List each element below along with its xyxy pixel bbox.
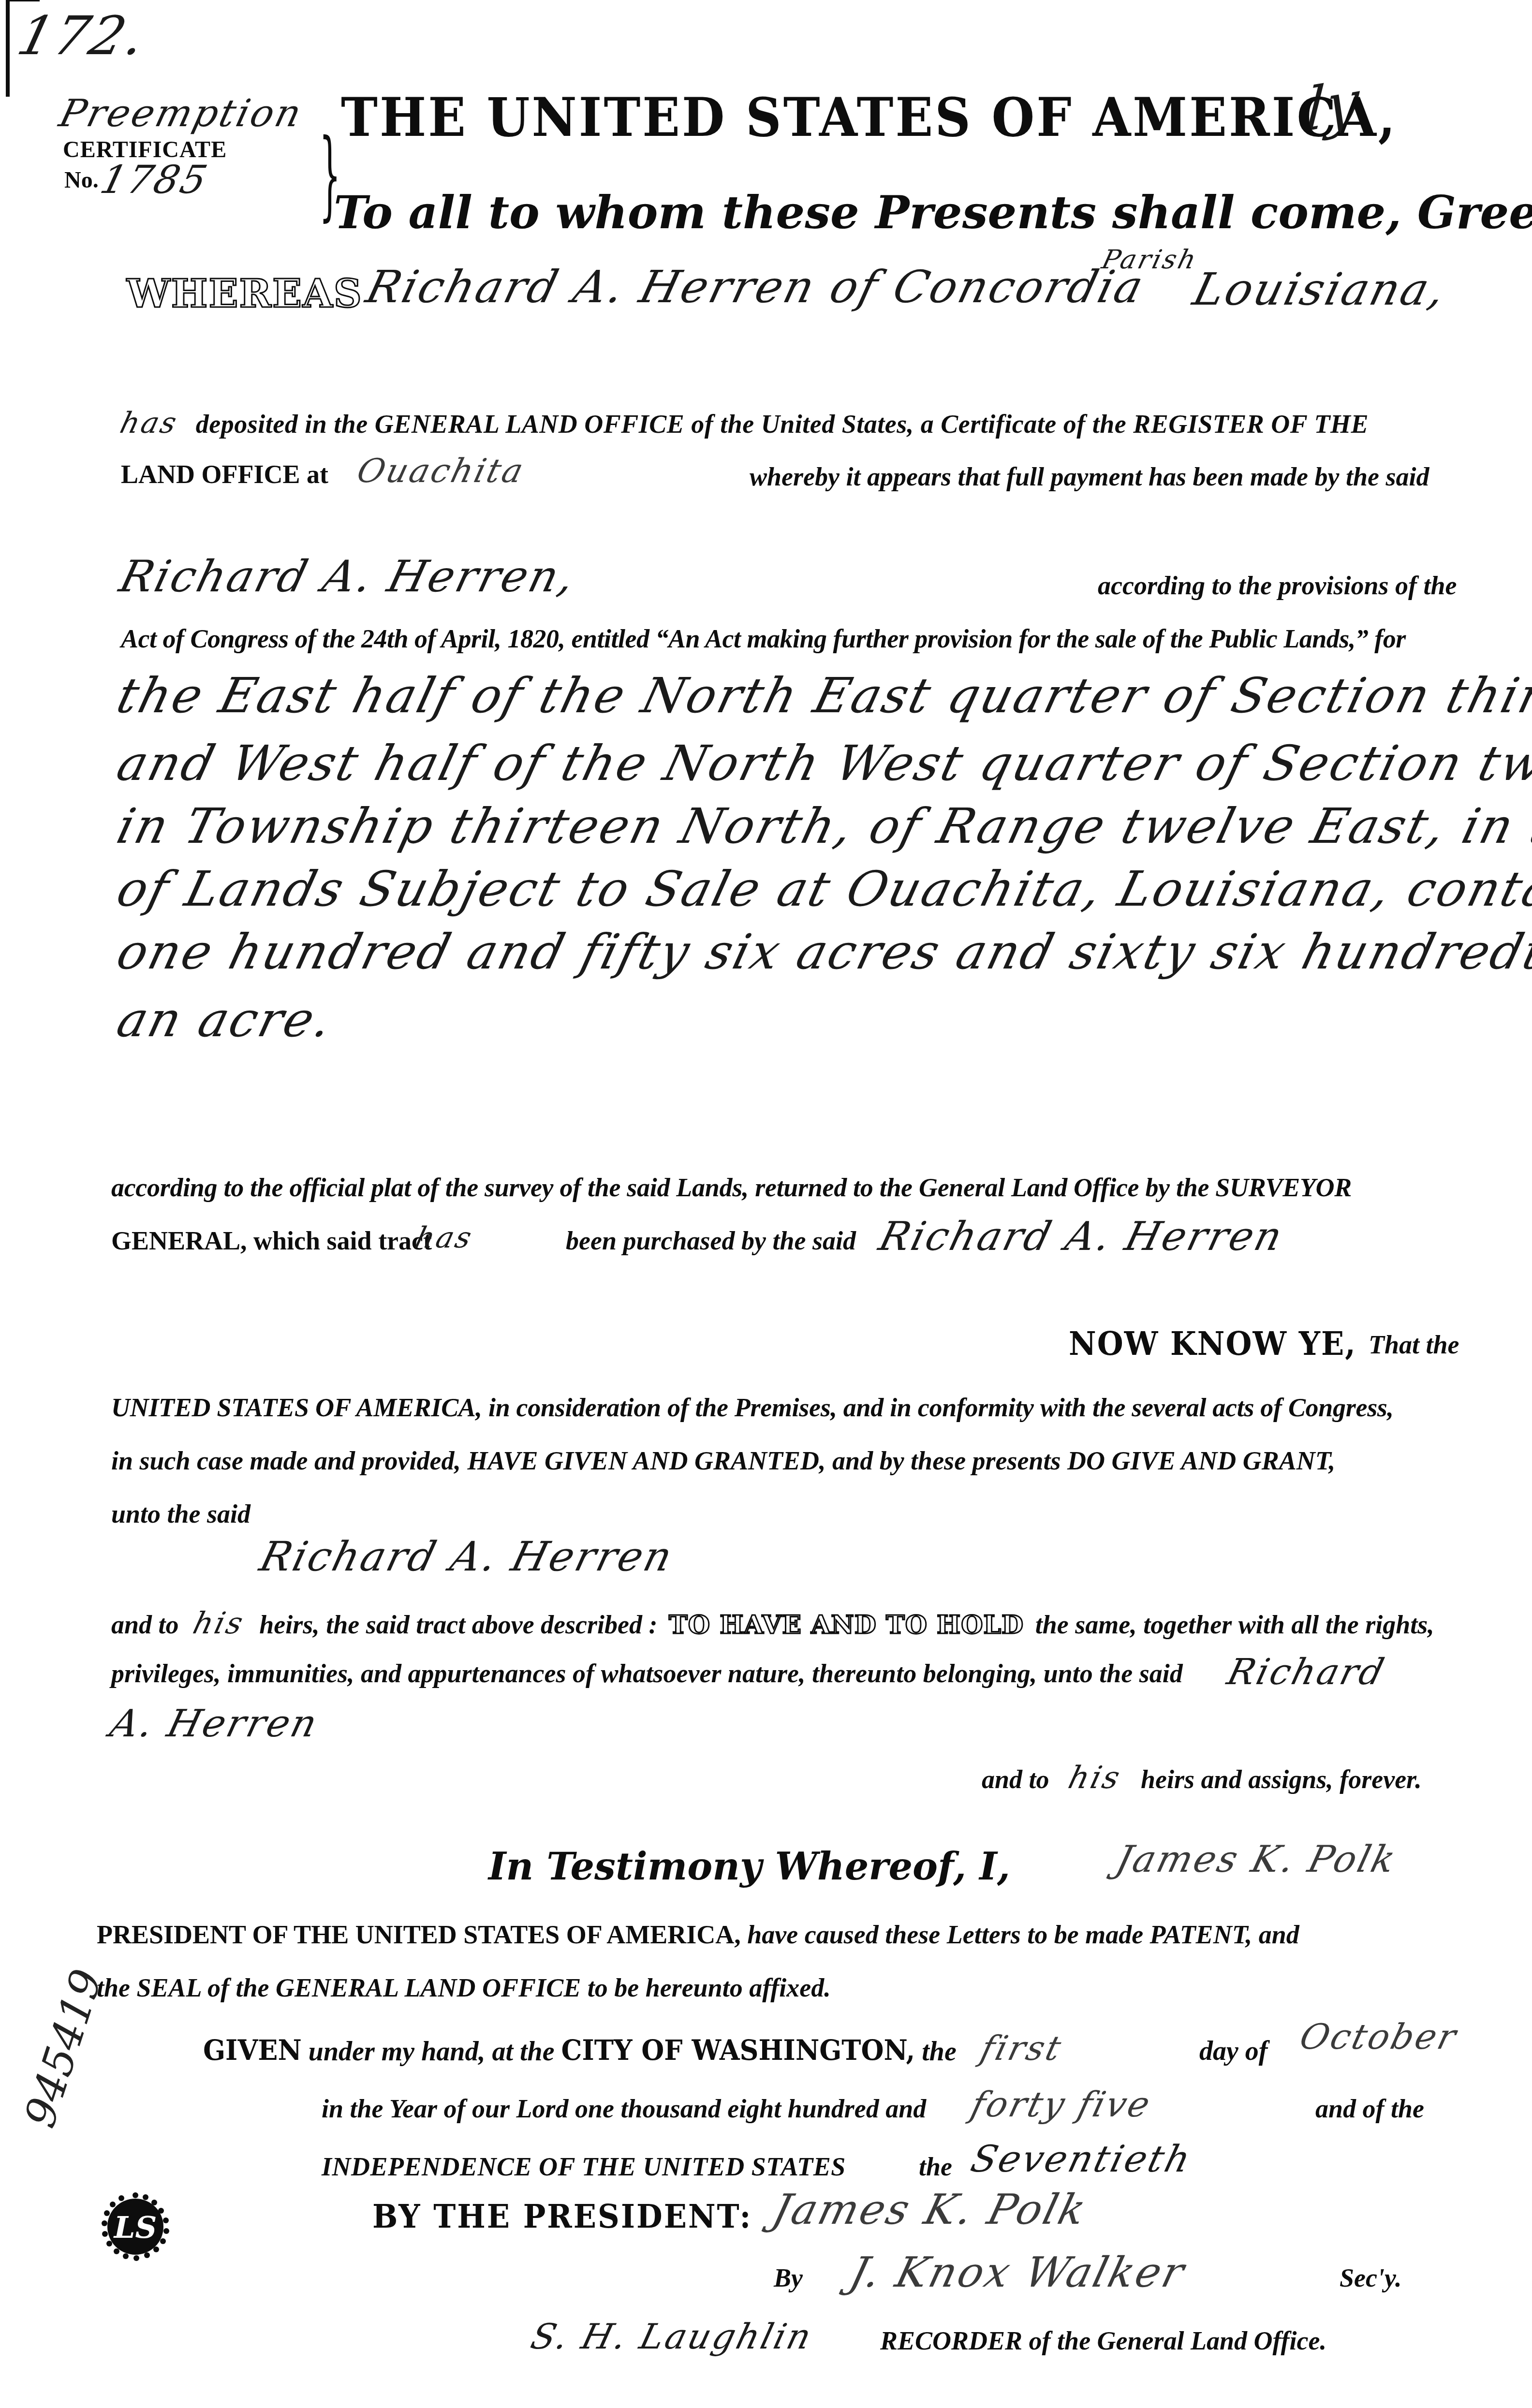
grant-line-3: in such case made and provided, HAVE GIV… bbox=[111, 1446, 1335, 1476]
land-description-line-6: an acre. bbox=[111, 991, 339, 1048]
grant-grantee: Richard A. Herren bbox=[255, 1533, 679, 1580]
certificate-number-prefix: No. bbox=[64, 167, 99, 193]
para2-line2-mid: been purchased by the said bbox=[566, 1226, 856, 1256]
whereas-label: WHEREAS bbox=[127, 271, 363, 316]
recorder-title-rest: of the General Land Office. bbox=[1029, 2326, 1326, 2355]
final-heirs-suffix: heirs and assigns, forever. bbox=[1141, 1765, 1422, 1794]
heirs-line: and to his heirs, the said tract above d… bbox=[111, 1605, 1434, 1641]
para1-has: has bbox=[117, 406, 182, 440]
document-title: THE UNITED STATES OF AMERICA, bbox=[341, 86, 1397, 149]
to-have-and-to-hold: TO HAVE AND TO HOLD bbox=[669, 1610, 1024, 1640]
city-of-washington: CITY OF WASHINGTON, bbox=[561, 2033, 915, 2067]
seal-monogram: LS bbox=[113, 2210, 157, 2245]
whereas-state: Louisiana, bbox=[1188, 264, 1453, 315]
now-know-ye-suffix: That the bbox=[1369, 1330, 1459, 1360]
secretary-signature: J. Knox Walker bbox=[845, 2248, 1191, 2297]
by-the-president: BY THE PRESIDENT: bbox=[372, 2197, 752, 2235]
land-description-line-3: in Township thirteen North, of Range twe… bbox=[111, 798, 1532, 854]
given-d: the bbox=[922, 2037, 957, 2067]
page-number: 172. bbox=[12, 5, 153, 67]
grant-line-6: privileges, immunities, and appurtenance… bbox=[111, 1659, 1183, 1689]
year-written: forty five bbox=[967, 2084, 1156, 2125]
heirs-mid: heirs, the said tract above described : bbox=[259, 1610, 657, 1639]
para1-line1: has deposited in the GENERAL LAND OFFICE… bbox=[121, 406, 1369, 440]
para2-grantee: Richard A. Herren bbox=[874, 1214, 1288, 1260]
testimony-line-3: the SEAL of the GENERAL LAND OFFICE to b… bbox=[97, 1973, 831, 2003]
heirs-prefix: and to bbox=[111, 1610, 179, 1639]
final-heirs-pronoun: his bbox=[1065, 1760, 1125, 1796]
para2-line2-prefix: GENERAL, which said tract bbox=[111, 1226, 432, 1256]
testimony-line-2: PRESIDENT OF THE UNITED STATES OF AMERIC… bbox=[97, 1920, 1299, 1950]
grant-line-6-name: Richard bbox=[1223, 1651, 1390, 1693]
land-office-name: Ouachita bbox=[353, 452, 529, 490]
margin-bracket bbox=[6, 0, 10, 97]
grant-line-2: UNITED STATES OF AMERICA, in considerati… bbox=[111, 1393, 1394, 1423]
margin-accession-number: 945419 bbox=[15, 1964, 112, 2133]
land-description-line-2: and West half of the North West quarter … bbox=[111, 735, 1532, 792]
final-heirs-line: and to his heirs and assigns, forever. bbox=[982, 1760, 1422, 1796]
secretary-title: Sec'y. bbox=[1340, 2263, 1401, 2293]
general-land-office-seal-icon: LS bbox=[99, 2190, 172, 2263]
recorder-signature: S. H. Laughlin bbox=[527, 2316, 817, 2357]
certificate-number: 1785 bbox=[96, 157, 213, 202]
independence-prefix: INDEPENDENCE OF THE UNITED STATES bbox=[322, 2152, 846, 2182]
testimony-line-2a: PRESIDENT OF THE UNITED STATES OF AMERIC… bbox=[97, 1920, 741, 1949]
recorder-title-bold: RECORDER bbox=[880, 2326, 1022, 2355]
heirs-pronoun: his bbox=[190, 1605, 249, 1641]
given-b: under my hand, at the bbox=[309, 2037, 555, 2067]
given-day-of: day of bbox=[1199, 2036, 1268, 2067]
grant-line-4: unto the said bbox=[111, 1499, 250, 1529]
margin-bracket-top bbox=[6, 0, 40, 1]
given-line: GIVEN under my hand, at the CITY OF WASH… bbox=[203, 2036, 957, 2067]
land-description-line-4: of Lands Subject to Sale at Ouachita, Lo… bbox=[111, 861, 1532, 917]
grant-line-7-name: A. Herren bbox=[106, 1702, 324, 1746]
land-description-line-1: the East half of the North East quarter … bbox=[111, 667, 1532, 724]
given-month: October bbox=[1296, 2016, 1462, 2057]
greeting: To all to whom these Presents shall come… bbox=[334, 186, 1532, 239]
year-prefix: in the Year of our Lord one thousand eig… bbox=[322, 2094, 926, 2124]
para1-grantee: Richard A. Herren, bbox=[115, 551, 582, 602]
para1-line4: Act of Congress of the 24th of April, 18… bbox=[121, 624, 1406, 654]
testimony-president-signature: James K. Polk bbox=[1112, 1837, 1401, 1880]
heirs-suffix: the same, together with all the rights, bbox=[1035, 1610, 1434, 1639]
testimony-line-2b: have caused these Letters to be made PAT… bbox=[747, 1920, 1299, 1949]
given-day: first bbox=[977, 2028, 1067, 2068]
para1-line2-prefix: LAND OFFICE at bbox=[121, 459, 328, 489]
final-heirs-prefix: and to bbox=[982, 1765, 1049, 1794]
given-label: GIVEN bbox=[203, 2033, 302, 2067]
independence-year: Seventieth bbox=[967, 2137, 1196, 2180]
testimony-heading: In Testimony Whereof, I, bbox=[488, 1845, 1010, 1889]
whereas-grantee: Richard A. Herren of Concordia bbox=[361, 261, 1150, 313]
recorder-title: RECORDER of the General Land Office. bbox=[880, 2326, 1326, 2356]
president-signature: James K. Polk bbox=[768, 2186, 1092, 2234]
certificate-kind: Preemption bbox=[55, 92, 308, 135]
para1-line3-suffix: according to the provisions of the bbox=[1098, 571, 1457, 601]
para1-line1-text: deposited in the GENERAL LAND OFFICE of … bbox=[196, 410, 1369, 439]
by-label: By bbox=[774, 2263, 803, 2293]
para2-line1: according to the official plat of the su… bbox=[111, 1173, 1352, 1203]
now-know-ye: NOW KNOW YE, bbox=[1069, 1324, 1356, 1363]
para1-line2-suffix: whereby it appears that full payment has… bbox=[750, 462, 1429, 492]
land-description-line-5: one hundred and fifty six acres and sixt… bbox=[111, 924, 1532, 980]
independence-the: the bbox=[919, 2152, 952, 2182]
year-suffix: and of the bbox=[1315, 2094, 1424, 2124]
para2-has: has bbox=[412, 1221, 477, 1255]
whereas-insert: Parish bbox=[1099, 244, 1201, 275]
